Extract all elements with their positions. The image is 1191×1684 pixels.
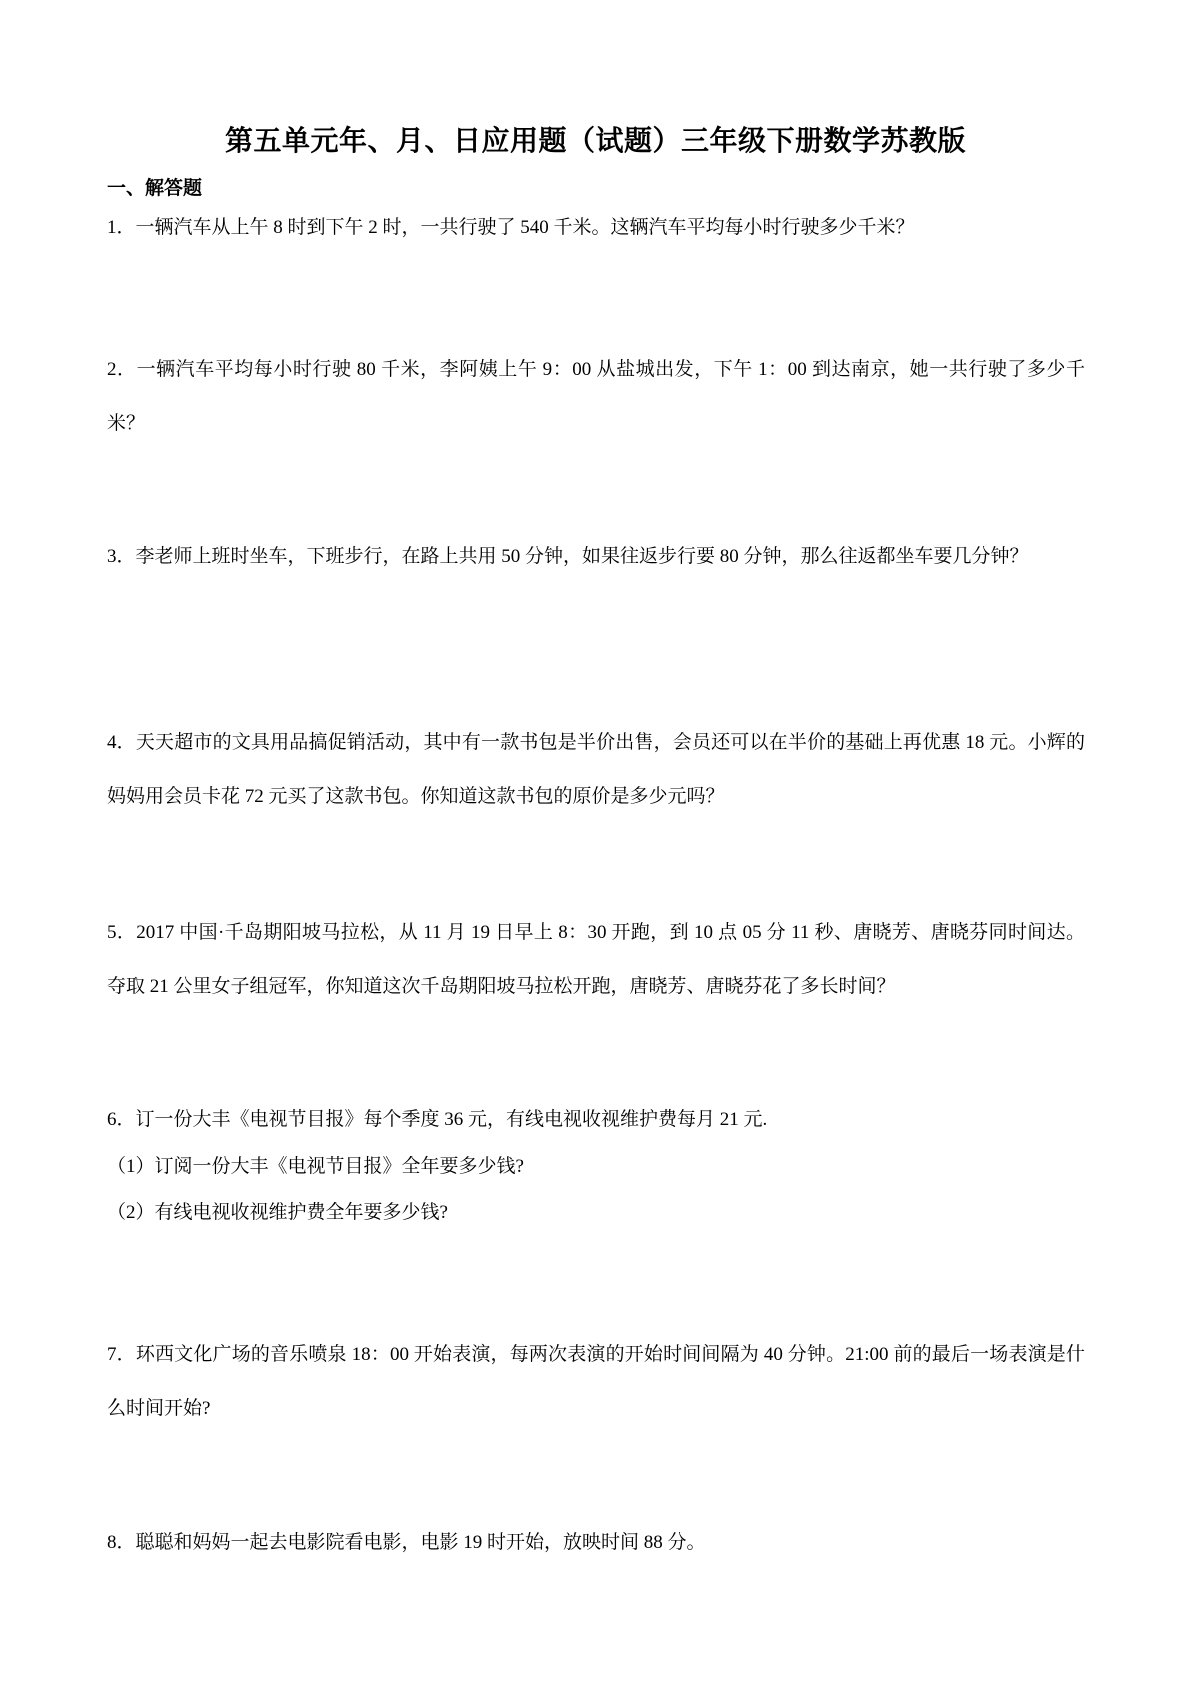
question-6-sub-1-number: （1） [107, 1156, 155, 1177]
question-5: 5．2017 中国·千岛期阳坡马拉松，从 11 月 19 日早上 8：30 开跑… [107, 906, 1085, 1014]
question-7-text: 环西文化广场的音乐喷泉 18：00 开始表演，每两次表演的开始时间间隔为 40 … [107, 1344, 1085, 1419]
question-1-number: 1． [107, 217, 136, 238]
question-8-text: 聪聪和妈妈一起去电影院看电影，电影 19 时开始，放映时间 88 分。 [136, 1532, 706, 1553]
question-3: 3．李老师上班时坐车，下班步行，在路上共用 50 分钟，如果往返步行要 80 分… [107, 530, 1085, 584]
question-6-text: 订一份大丰《电视节目报》每个季度 36 元，有线电视收视维护费每月 21 元. [136, 1109, 768, 1130]
question-8-number: 8． [107, 1532, 136, 1553]
question-7-number: 7． [107, 1344, 136, 1365]
question-6: 6．订一份大丰《电视节目报》每个季度 36 元，有线电视收视维护费每月 21 元… [107, 1093, 1085, 1147]
question-3-text: 李老师上班时坐车，下班步行，在路上共用 50 分钟，如果往返步行要 80 分钟，… [136, 546, 1029, 567]
question-2-text: 一辆汽车平均每小时行驶 80 千米，李阿姨上午 9：00 从盐城出发，下午 1：… [107, 359, 1085, 434]
question-8: 8．聪聪和妈妈一起去电影院看电影，电影 19 时开始，放映时间 88 分。 [107, 1516, 1085, 1570]
page-title: 第五单元年、月、日应用题（试题）三年级下册数学苏教版 [0, 122, 1191, 162]
question-4: 4．天天超市的文具用品搞促销活动，其中有一款书包是半价出售，会员还可以在半价的基… [107, 716, 1085, 824]
question-1-text: 一辆汽车从上午 8 时到下午 2 时，一共行驶了 540 千米。这辆汽车平均每小… [136, 217, 915, 238]
question-7: 7．环西文化广场的音乐喷泉 18：00 开始表演，每两次表演的开始时间间隔为 4… [107, 1328, 1085, 1436]
question-6-sub-2-number: （2） [107, 1202, 155, 1223]
question-5-number: 5． [107, 922, 136, 943]
question-4-number: 4． [107, 732, 136, 753]
question-5-text: 2017 中国·千岛期阳坡马拉松，从 11 月 19 日早上 8：30 开跑，到… [107, 922, 1085, 997]
question-1: 1．一辆汽车从上午 8 时到下午 2 时，一共行驶了 540 千米。这辆汽车平均… [107, 201, 1085, 255]
question-6-number: 6． [107, 1109, 136, 1130]
question-4-text: 天天超市的文具用品搞促销活动，其中有一款书包是半价出售，会员还可以在半价的基础上… [107, 732, 1085, 807]
question-6-sub-1-text: 订阅一份大丰《电视节目报》全年要多少钱? [155, 1156, 524, 1177]
question-6-sub-2: （2）有线电视收视维护费全年要多少钱? [107, 1186, 1085, 1240]
worksheet-page: 第五单元年、月、日应用题（试题）三年级下册数学苏教版 一、解答题 1．一辆汽车从… [0, 0, 1191, 1684]
question-3-number: 3． [107, 546, 136, 567]
question-2-number: 2． [107, 359, 137, 380]
question-2: 2．一辆汽车平均每小时行驶 80 千米，李阿姨上午 9：00 从盐城出发，下午 … [107, 343, 1085, 451]
question-6-sub-2-text: 有线电视收视维护费全年要多少钱? [155, 1202, 448, 1223]
section-heading: 一、解答题 [107, 174, 1085, 204]
